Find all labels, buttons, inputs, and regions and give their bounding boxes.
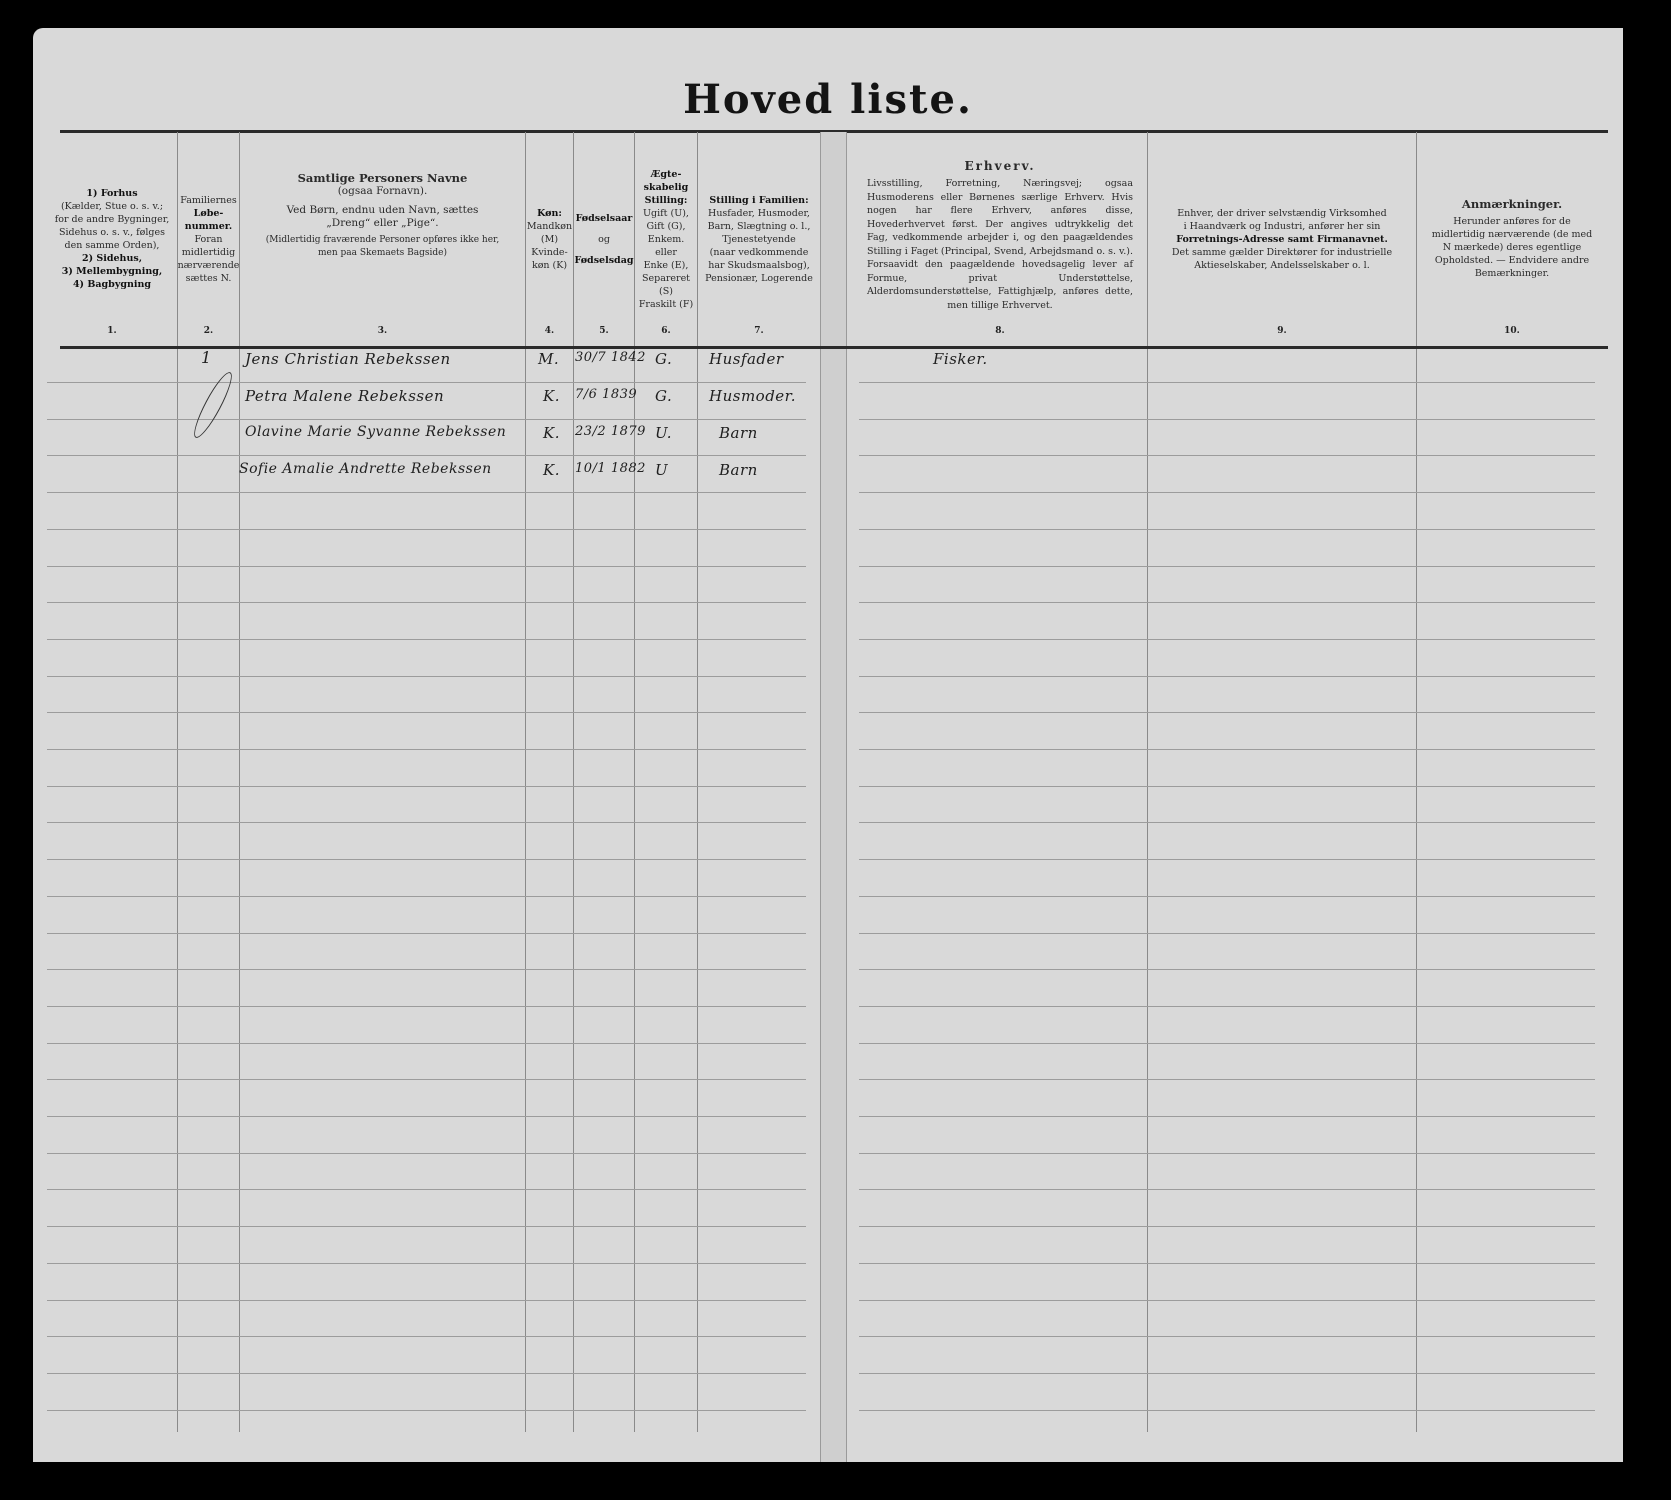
header-col-2: Familiernes Løbe- nummer. Foran midlerti… bbox=[178, 134, 239, 344]
column-number: 3. bbox=[240, 326, 525, 336]
header-col-8: Erhverv. Livsstilling, Forretning, Nærin… bbox=[853, 134, 1147, 344]
column-number: 10. bbox=[1417, 326, 1607, 336]
entry-sex-1: M. bbox=[538, 350, 559, 368]
header-text: Fødselsaar bbox=[576, 213, 633, 224]
header-col-5: Fødselsaar og Fødselsdag bbox=[574, 134, 634, 344]
header-text: (S) bbox=[659, 285, 673, 298]
header-col-9: Enhver, der driver selvstændig Virksomhe… bbox=[1148, 134, 1416, 344]
row-rule bbox=[859, 969, 1595, 970]
header-text: Fødselsdag bbox=[575, 255, 634, 266]
entry-name-1: Jens Christian Rebekssen bbox=[245, 350, 451, 368]
header-text: Stilling i Familien: bbox=[709, 195, 808, 206]
row-rule bbox=[859, 712, 1595, 713]
form-title: Hoved liste. bbox=[33, 76, 1623, 123]
entry-role-2: Husmoder. bbox=[709, 387, 796, 405]
header-text: 3) Mellembygning, bbox=[62, 266, 162, 277]
header-text: 4) Bagbygning bbox=[73, 279, 151, 290]
column-number: 4. bbox=[526, 326, 573, 336]
header-text: (naar vedkommende bbox=[710, 246, 809, 259]
row-rule bbox=[859, 382, 1595, 383]
row-rule bbox=[47, 896, 806, 897]
header-text: (M) bbox=[541, 233, 558, 246]
row-rule bbox=[859, 1153, 1595, 1154]
header-text: Tjenestetyende bbox=[722, 233, 796, 246]
row-rule bbox=[47, 822, 806, 823]
header-text: skabelig bbox=[644, 182, 689, 193]
column-number: 7. bbox=[698, 326, 820, 336]
header-text: nummer. bbox=[185, 221, 232, 232]
entry-marital-3: U. bbox=[655, 424, 672, 442]
row-rule bbox=[47, 1189, 806, 1190]
row-rule bbox=[47, 492, 806, 493]
entry-sex-3: K. bbox=[543, 424, 560, 442]
header-text: Foran bbox=[194, 233, 222, 246]
row-rule bbox=[859, 822, 1595, 823]
header-text: Forretnings-Adresse samt Firmanavnet. bbox=[1176, 234, 1388, 245]
row-rule bbox=[47, 969, 806, 970]
row-rule bbox=[47, 712, 806, 713]
row-rule bbox=[859, 1189, 1595, 1190]
row-rule bbox=[47, 1300, 806, 1301]
column-number: 9. bbox=[1148, 326, 1416, 336]
header-col-4: Køn: Mandkøn (M) Kvinde- køn (K) bbox=[526, 134, 573, 344]
header-text: (Kælder, Stue o. s. v.; bbox=[61, 200, 163, 213]
header-text: Bemærkninger. bbox=[1475, 267, 1549, 280]
row-rule bbox=[859, 1263, 1595, 1264]
row-rule bbox=[47, 1263, 806, 1264]
row-rule bbox=[47, 1373, 806, 1374]
header-text: Stilling: bbox=[645, 195, 688, 206]
row-rule bbox=[859, 1300, 1595, 1301]
row-rule bbox=[859, 1373, 1595, 1374]
header-text: Køn: bbox=[537, 208, 562, 219]
header-text: Ved Børn, endnu uden Navn, sættes bbox=[287, 204, 479, 217]
row-rule bbox=[859, 1006, 1595, 1007]
row-rule bbox=[859, 566, 1595, 567]
header-text: Livsstilling, Forretning, Næringsvej; og… bbox=[867, 177, 1133, 312]
entry-birth-2: 7/6 1839 bbox=[575, 387, 637, 402]
row-rule bbox=[859, 639, 1595, 640]
entry-role-4: Barn bbox=[719, 461, 758, 479]
header-text: Det samme gælder Direktører for industri… bbox=[1172, 246, 1392, 259]
row-rule bbox=[859, 749, 1595, 750]
header-text: Løbe- bbox=[194, 208, 224, 219]
row-rule bbox=[859, 1043, 1595, 1044]
header-text: for de andre Bygninger, bbox=[55, 213, 170, 226]
header-text: Pensionær, Logerende bbox=[705, 272, 813, 285]
header-text: Kvinde- bbox=[531, 246, 568, 259]
entry-name-3: Olavine Marie Syvanne Rebekssen bbox=[245, 424, 506, 440]
row-rule bbox=[859, 1336, 1595, 1337]
header-text: Separeret bbox=[642, 272, 690, 285]
header-text: den samme Orden), bbox=[65, 239, 160, 252]
row-rule bbox=[859, 896, 1595, 897]
row-rule bbox=[859, 933, 1595, 934]
header-text: (ogsaa Fornavn). bbox=[338, 185, 428, 198]
column-number: 1. bbox=[47, 326, 177, 336]
entry-birth-4: 10/1 1882 bbox=[575, 461, 646, 476]
row-rule bbox=[859, 1226, 1595, 1227]
header-col-7: Stilling i Familien: Husfader, Husmoder,… bbox=[698, 134, 820, 344]
header-text: Mandkøn bbox=[527, 220, 572, 233]
header-text: Anmærkninger. bbox=[1462, 198, 1562, 211]
header-text: Fraskilt (F) bbox=[639, 298, 693, 311]
entry-role-1: Husfader bbox=[709, 350, 784, 368]
header-text: midlertidig nærværende (de med bbox=[1432, 228, 1592, 241]
row-rule bbox=[47, 566, 806, 567]
row-rule bbox=[47, 1116, 806, 1117]
header-text: Gift (G), bbox=[646, 220, 685, 233]
entry-birth-3: 23/2 1879 bbox=[575, 424, 646, 439]
row-rule bbox=[47, 1410, 806, 1411]
header-text: 1) Forhus bbox=[86, 188, 137, 199]
column-number: 5. bbox=[574, 326, 634, 336]
header-text: Samtlige Personers Navne bbox=[298, 172, 468, 185]
row-rule bbox=[47, 933, 806, 934]
row-rule bbox=[47, 1079, 806, 1080]
row-rule bbox=[859, 859, 1595, 860]
row-rule bbox=[47, 749, 806, 750]
header-text: Sidehus o. s. v., følges bbox=[59, 226, 165, 239]
book-spine-gutter bbox=[820, 132, 847, 1462]
header-text: har Skudsmaalsbog), bbox=[708, 259, 810, 272]
row-rule bbox=[47, 1153, 806, 1154]
row-rule bbox=[859, 602, 1595, 603]
header-text: Ægte- bbox=[651, 169, 682, 180]
header-text: Familiernes bbox=[180, 194, 237, 207]
row-rule bbox=[47, 859, 806, 860]
entry-sex-2: K. bbox=[543, 387, 560, 405]
row-rule bbox=[859, 1079, 1595, 1080]
header-col-6: Ægte- skabelig Stilling: Ugift (U), Gift… bbox=[635, 134, 697, 344]
row-rule bbox=[859, 529, 1595, 530]
entry-name-4: Sofie Amalie Andrette Rebekssen bbox=[239, 461, 492, 477]
row-rule bbox=[47, 455, 806, 456]
header-text: „Dreng“ eller „Pige“. bbox=[326, 217, 438, 230]
header-text: Barn, Slægtning o. l., bbox=[708, 220, 811, 233]
header-text: 2) Sidehus, bbox=[82, 253, 142, 264]
row-rule bbox=[859, 1116, 1595, 1117]
entry-birth-1: 30/7 1842 bbox=[575, 350, 646, 365]
header-text: men paa Skemaets Bagside) bbox=[318, 247, 447, 260]
family-number: 1 bbox=[201, 348, 212, 367]
column-number: 8. bbox=[853, 326, 1147, 336]
row-rule bbox=[47, 1226, 806, 1227]
column-number: 2. bbox=[178, 326, 239, 336]
header-text: N mærkede) deres egentlige bbox=[1443, 241, 1581, 254]
header-text: Aktieselskaber, Andelsselskaber o. l. bbox=[1194, 259, 1370, 272]
row-rule bbox=[47, 382, 806, 383]
entry-name-2: Petra Malene Rebekssen bbox=[245, 387, 444, 405]
header-text: i Haandværk og Industri, anfører her sin bbox=[1184, 220, 1381, 233]
family-bracket-mark bbox=[189, 369, 238, 442]
header-text: og bbox=[598, 233, 610, 246]
row-rule bbox=[47, 529, 806, 530]
header-text: Opholdsted. — Endvidere andre bbox=[1435, 254, 1589, 267]
header-text: Erhverv. bbox=[964, 160, 1035, 173]
header-col-10: Anmærkninger. Herunder anføres for de mi… bbox=[1417, 134, 1607, 344]
entry-occupation-1: Fisker. bbox=[933, 350, 988, 368]
row-rule bbox=[47, 1336, 806, 1337]
column-number: 6. bbox=[635, 326, 697, 336]
row-rule bbox=[47, 602, 806, 603]
row-rule bbox=[859, 786, 1595, 787]
entry-sex-4: K. bbox=[543, 461, 560, 479]
header-text: Husfader, Husmoder, bbox=[708, 207, 810, 220]
row-rule bbox=[47, 639, 806, 640]
header-text: køn (K) bbox=[532, 259, 567, 272]
entry-marital-2: G. bbox=[655, 387, 672, 405]
row-rule bbox=[859, 1410, 1595, 1411]
header-text: midlertidig bbox=[182, 246, 235, 259]
row-rule bbox=[859, 419, 1595, 420]
header-text: Ugift (U), bbox=[643, 207, 689, 220]
row-rule bbox=[859, 455, 1595, 456]
row-rule bbox=[47, 676, 806, 677]
census-form-page: Hoved liste. 1) Forhus (Kælder, Stue o. … bbox=[33, 28, 1623, 1462]
header-col-1: 1) Forhus (Kælder, Stue o. s. v.; for de… bbox=[47, 134, 177, 344]
header-bottom-rule bbox=[60, 346, 1608, 349]
header-text: sættes N. bbox=[186, 272, 232, 285]
header-text: Enhver, der driver selvstændig Virksomhe… bbox=[1177, 207, 1387, 220]
row-rule bbox=[47, 1006, 806, 1007]
header-text: (Midlertidig fraværende Personer opføres… bbox=[266, 234, 499, 247]
header-text: Herunder anføres for de bbox=[1453, 215, 1571, 228]
header-text: Enke (E), bbox=[644, 259, 689, 272]
row-rule bbox=[47, 419, 806, 420]
header-text: Enkem. eller bbox=[638, 233, 694, 259]
header-col-3: Samtlige Personers Navne (ogsaa Fornavn)… bbox=[240, 134, 525, 344]
row-rule bbox=[859, 492, 1595, 493]
row-rule bbox=[47, 1043, 806, 1044]
entry-marital-1: G. bbox=[655, 350, 672, 368]
entry-role-3: Barn bbox=[719, 424, 758, 442]
entry-marital-4: U bbox=[655, 461, 668, 479]
row-rule bbox=[859, 676, 1595, 677]
row-rule bbox=[47, 786, 806, 787]
header-text: nærværende bbox=[178, 259, 240, 272]
